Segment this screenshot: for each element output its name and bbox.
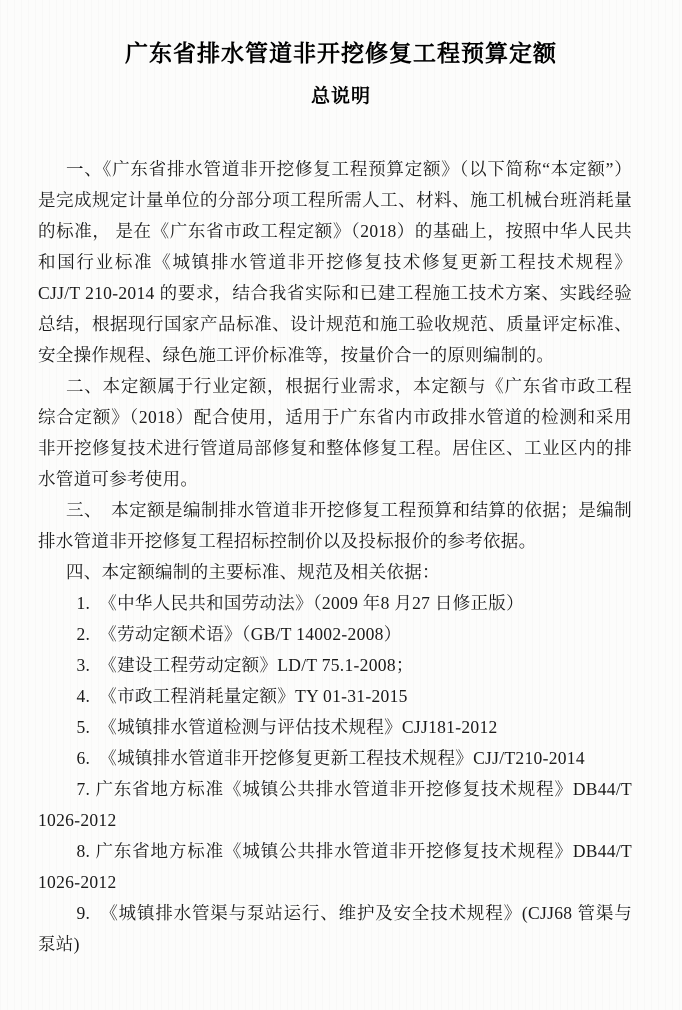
document-title: 广东省排水管道非开挖修复工程预算定额 <box>0 35 682 68</box>
reference-item-4: 4. 《市政工程消耗量定额》TY 01-31-2015 <box>38 681 632 712</box>
reference-item-6: 6. 《城镇排水管道非开挖修复更新工程技术规程》CJJ/T210-2014 <box>38 743 632 774</box>
document-subtitle: 总说明 <box>0 81 682 108</box>
paragraph-4: 四、本定额编制的主要标准、规范及相关依据： <box>38 557 632 588</box>
reference-list: 1. 《中华人民共和国劳动法》（2009 年8 月27 日修正版） 2. 《劳动… <box>38 588 632 960</box>
document-body: 一、《广东省排水管道非开挖修复工程预算定额》（以下简称“本定额”）是完成规定计量… <box>38 154 632 960</box>
reference-item-9: 9. 《城镇排水管渠与泵站运行、维护及安全技术规程》(CJJ68 管渠与泵站) <box>38 898 632 960</box>
reference-item-1: 1. 《中华人民共和国劳动法》（2009 年8 月27 日修正版） <box>38 588 632 619</box>
reference-item-2: 2. 《劳动定额术语》（GB/T 14002-2008） <box>38 619 632 650</box>
paragraph-3: 三、 本定额是编制排水管道非开挖修复工程预算和结算的依据；是编制排水管道非开挖修… <box>38 495 632 557</box>
reference-item-7: 7. 广东省地方标准《城镇公共排水管道非开挖修复技术规程》DB44/T 1026… <box>38 774 632 836</box>
reference-item-3: 3. 《建设工程劳动定额》LD/T 75.1-2008； <box>38 650 632 681</box>
document-page: 广东省排水管道非开挖修复工程预算定额 总说明 一、《广东省排水管道非开挖修复工程… <box>0 0 682 1010</box>
paragraph-2: 二、本定额属于行业定额，根据行业需求，本定额与《广东省市政工程综合定额》（201… <box>38 371 632 495</box>
paragraph-1: 一、《广东省排水管道非开挖修复工程预算定额》（以下简称“本定额”）是完成规定计量… <box>38 154 632 371</box>
title-block: 广东省排水管道非开挖修复工程预算定额 总说明 <box>0 0 682 108</box>
reference-item-5: 5. 《城镇排水管道检测与评估技术规程》CJJ181-2012 <box>38 712 632 743</box>
reference-item-8: 8. 广东省地方标准《城镇公共排水管道非开挖修复技术规程》DB44/T 1026… <box>38 836 632 898</box>
